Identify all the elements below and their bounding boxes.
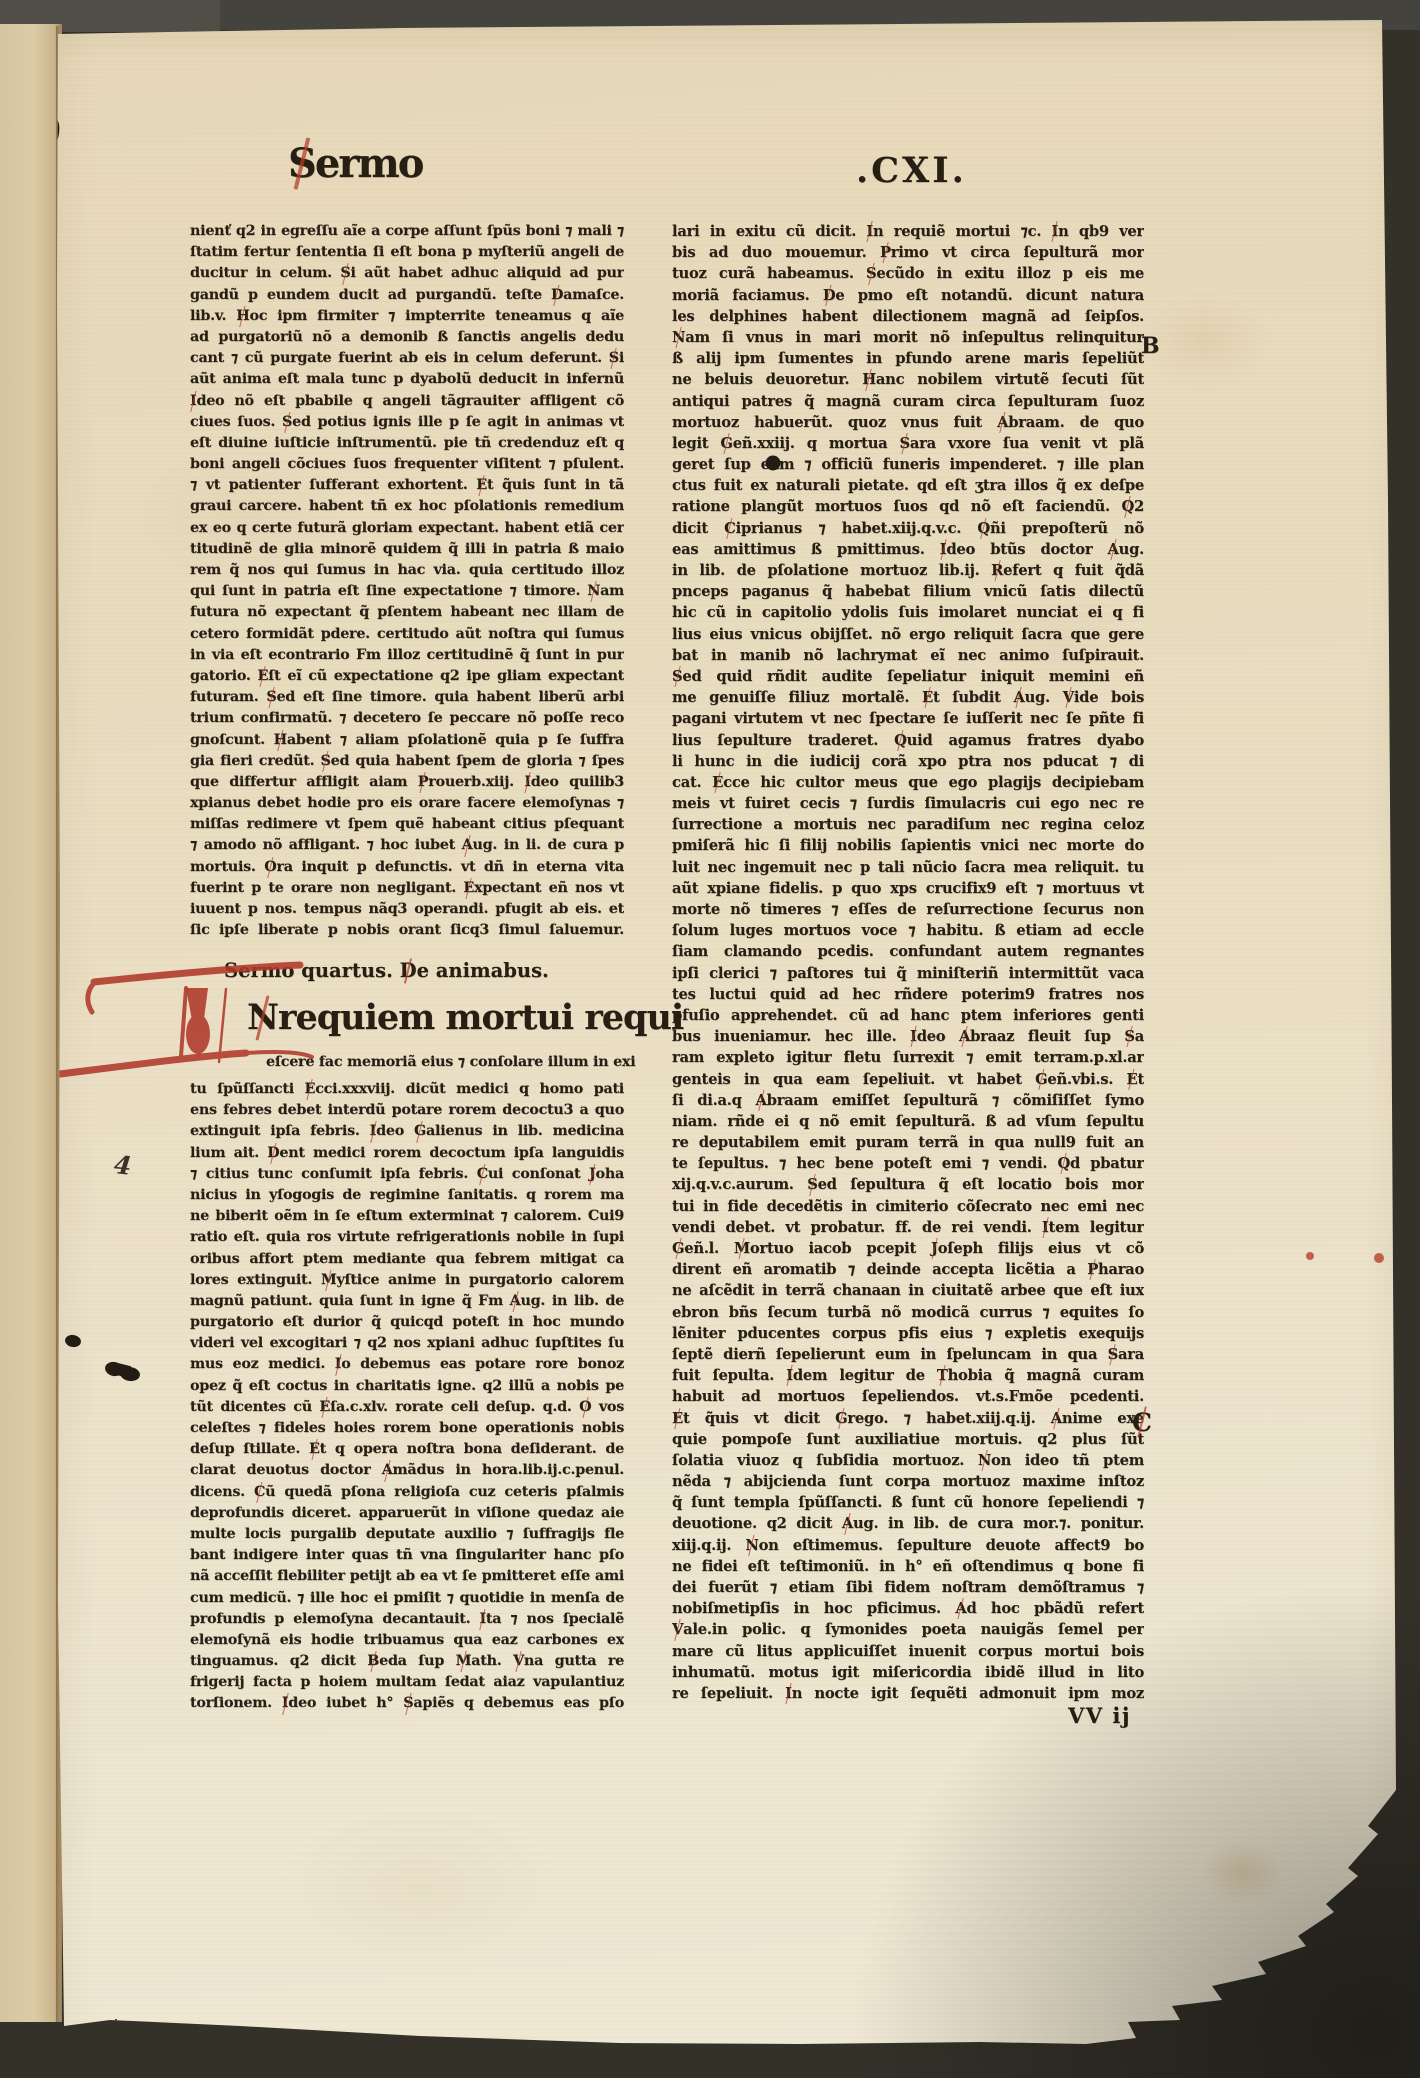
text-line: bus inueniamur. hec ille. Ideo Abraaz fl…	[672, 1026, 1144, 1047]
text-line: Geñ.l. Mortuo iacob pcepit Joſeph filijs…	[672, 1238, 1144, 1259]
text-line: multe locis purgalib deputate auxilio ⁊ …	[190, 1524, 624, 1545]
text-line: ens febres debet interdũ potare rorem de…	[190, 1100, 624, 1121]
text-line: ⁊ citius tunc conſumit ipſa febris. Cui …	[190, 1164, 624, 1185]
text-line: ſic ipſe liberate p nobis orant ſicq3 ſi…	[190, 920, 624, 941]
text-line: tuoz curã habeamus. Secũdo in exitu illo…	[672, 263, 1144, 284]
text-line: tes luctui quid ad hec rñdere poterim9 f…	[672, 984, 1144, 1005]
text-line: niam. rñde ei q nõ emit ſepulturã. ß ad …	[672, 1111, 1144, 1132]
text-line: mortuoz habuerũt. quoz vnus fuit Abraam.…	[672, 412, 1144, 433]
text-line: bant indigere inter quas tñ vna ſingular…	[190, 1545, 624, 1566]
text-line: pfuſio apprehendet. cũ ad hanc ptem infe…	[672, 1005, 1144, 1026]
text-line: ſolatia viuoz q ſubſidia mortuoz. Non id…	[672, 1450, 1144, 1471]
text-line: li hunc in die iudicij corã xpo ptra nos…	[672, 751, 1144, 772]
text-line: bat in manib nõ lachrymat eĩ nec animo ſ…	[672, 645, 1144, 666]
text-line: futuram. Sed eſt ſine timore. quia haben…	[190, 687, 624, 708]
text-line: Vale.in polic. q ſymonides poeta nauigãs…	[672, 1619, 1144, 1640]
text-line: que differtur affligit aiam Prouerb.xiij…	[190, 772, 624, 793]
text-line: ⁊ amodo nõ affligant. ⁊ hoc iubet Aug. i…	[190, 835, 624, 856]
text-line: boni angeli cõciues ſuos frequenter viſi…	[190, 454, 624, 475]
text-line: hic cũ in capitolio ydolis ſuis imolaret…	[672, 602, 1144, 623]
text-line: futura nõ expectant q̃ pſentem habeant n…	[190, 602, 624, 623]
text-line: me genuiſſe filiuz mortalẽ. Et ſubdit Au…	[672, 687, 1144, 708]
text-line: tu ſpũſſancti Ecci.xxxviij. dicũt medici…	[190, 1079, 624, 1100]
text-line: xij.q.v.c.aurum. Sed ſepultura q̃ eſt lo…	[672, 1174, 1144, 1195]
text-line: mortuis. Ora inquit p defunctis. vt dñ i…	[190, 857, 624, 878]
text-line: purgatorio eſt durior q̃ quicqd poteſt i…	[190, 1312, 624, 1333]
text-line: lib.v. Hoc ipm firmiter ⁊ impterrite ten…	[190, 306, 624, 327]
marginal-ink-mark: 4	[113, 1150, 133, 1181]
text-line: ſeptẽ dierñ ſepelierunt eum in ſpeluncam…	[672, 1344, 1144, 1365]
marginal-letter-c: C	[1132, 1408, 1152, 1437]
text-line: lẽniter pducentes corpus pfis eius ⁊ exp…	[672, 1323, 1144, 1344]
text-line: cat. Ecce hic cultor meus que ego plagij…	[672, 772, 1144, 793]
text-line: aũt xpiane fidelis. p quo xps crucifix9 …	[672, 878, 1144, 899]
text-line: iuuent p nos. tempus nãq3 operandi. pfug…	[190, 899, 624, 920]
text-line: qui ſunt in patria eſt ſine expectatione…	[190, 581, 624, 602]
text-line: ne biberit oẽm in ſe eſtum exterminat ⁊ …	[190, 1206, 624, 1227]
text-line: gia fieri credũt. Sed quia habent ſpem d…	[190, 751, 624, 772]
text-line: inhumatũ. motus igit miſericordia ibidẽ …	[672, 1662, 1144, 1683]
text-line: te ſepultus. ⁊ hec bene poteſt emi ⁊ ven…	[672, 1153, 1144, 1174]
running-title: Sermo	[288, 140, 422, 187]
text-line: ß alij ipm ſumentes in pfundo arene mari…	[672, 348, 1144, 369]
text-line: ipſi clerici ⁊ paſtores tui q̃ miniſteri…	[672, 963, 1144, 984]
text-line: re deputabilem emit puram terrã in qua n…	[672, 1132, 1144, 1153]
text-line: eſt diuine iuſticie inſtrumentũ. pie tñ …	[190, 433, 624, 454]
text-line: lores extinguit. Myſtice anime in purgat…	[190, 1270, 624, 1291]
text-line: xiij.q.ij. Non eſtimemus. ſepulture deuo…	[672, 1535, 1144, 1556]
text-line: rem q̃ nos qui ſumus in hac via. quia ce…	[190, 560, 624, 581]
text-line: ne fidei eſt teſtimoniũ. in h° eñ oſtend…	[672, 1556, 1144, 1577]
text-line: ciues ſuos. Sed potius ignis ille p ſe a…	[190, 412, 624, 433]
text-line: ad purgatoriũ nõ a demonib ß ſanctis ang…	[190, 327, 624, 348]
text-line: dei fuerũt ⁊ etiam ſibi fidem noſtram de…	[672, 1577, 1144, 1598]
text-line: frigerij facta p hoiem multam ſedat aiaz…	[190, 1672, 624, 1693]
text-line: legit Geñ.xxiij. q mortua Sara vxore ſua…	[672, 433, 1144, 454]
quire-signature: VV ij	[1068, 1703, 1131, 1728]
text-line: ſi di.a.q Abraam emiſſet ſepulturã ⁊ cõm…	[672, 1090, 1144, 1111]
text-line: aũt anima eſt mala tunc p dyabolũ deduci…	[190, 369, 624, 390]
text-line: profundis p elemoſyna decantauit. Ita ⁊ …	[190, 1609, 624, 1630]
text-line: ebron bñs ſecum turbã nõ modicã currus ⁊…	[672, 1302, 1144, 1323]
text-line: miſſas redimere vt ſpem quẽ habeant citi…	[190, 814, 624, 835]
text-line: meis vt fuiret cecis ⁊ ſurdis ſimulacris…	[672, 793, 1144, 814]
text-line: morte nõ timeres ⁊ eſſes de reſurrection…	[672, 899, 1144, 920]
text-line: Nam ſi vnus in mari morit nõ inſepultus …	[672, 327, 1144, 348]
text-line: Ideo nõ eſt pbabile q angeli tãgrauiter …	[190, 391, 624, 412]
text-line: lium ait. Dent medici rorem decoctum ipſ…	[190, 1143, 624, 1164]
text-line: graui carcere. habent tñ ex hoc pſolatio…	[190, 496, 624, 517]
text-line: les delphines habent dilectionem magnã a…	[672, 306, 1144, 327]
text-line: q̃ ſunt templa ſpũſſancti. ß ſunt cũ hon…	[672, 1492, 1144, 1513]
text-line: ratione plangũt mortuos ſuos qd nõ eſt f…	[672, 496, 1144, 517]
marginal-letter-b: B	[1141, 333, 1160, 359]
folio-number: .CXI.	[856, 150, 967, 191]
text-line: dicens. Cũ quedã pſona religioſa cuz cet…	[190, 1482, 624, 1503]
text-line: cant ⁊ cũ purgate fuerint ab eis in celu…	[190, 348, 624, 369]
text-line: trium confirmatũ. ⁊ decetero ſe peccare …	[190, 708, 624, 729]
text-line: ne beluis deuoretur. Hanc nobilem virtut…	[672, 369, 1144, 390]
text-line: ducitur in celum. Si aũt habet adhuc ali…	[190, 263, 624, 284]
text-line: videri vel excogitari ⁊ q2 nos xpiani ad…	[190, 1333, 624, 1354]
text-line: opez q̃ eſt coctus in charitatis igne. q…	[190, 1376, 624, 1397]
left-column-upper-text: nienť q2 in egreſſu aĩe a corpe aſſunt ſ…	[190, 221, 624, 941]
text-line: ex eo q certe futurã gloriam expectant. …	[190, 518, 624, 539]
text-line: genteis in qua eam ſepeliuit. vt habet G…	[672, 1069, 1144, 1090]
text-line: elemoſynã eis hodie tribuamus qua eaz ca…	[190, 1630, 624, 1651]
text-line: nẽda ⁊ abijcienda ſunt corpa mortuoz max…	[672, 1471, 1144, 1492]
text-line: luit nec ingemuit nec p tali nũcio ſacra…	[672, 857, 1144, 878]
text-line: oribus affort ptem mediante qua febrem m…	[190, 1249, 624, 1270]
text-line: nienť q2 in egreſſu aĩe a corpe aſſunt ſ…	[190, 221, 624, 242]
text-line: gandũ p eundem ducit ad purgandũ. teſte …	[190, 285, 624, 306]
text-line: tui in fide decedẽtis in cimiterio cõſec…	[672, 1196, 1144, 1217]
text-line: ratio eſt. quia ros virtute refrigeratio…	[190, 1227, 624, 1248]
text-line: nobiſmetipſis in hoc pficimus. Ad hoc pb…	[672, 1598, 1144, 1619]
right-column-text: lari in exitu cũ dicit. In requiẽ mortui…	[672, 221, 1144, 1704]
section-heading: Sermo quartus. De animabus.	[224, 959, 549, 982]
text-line: cetero formidãt pdere. certitudo aũt noſ…	[190, 624, 624, 645]
text-line: ram expleto igitur fletu ſurrexit ⁊ emit…	[672, 1047, 1144, 1068]
text-line: lius ſepulture traderet. Quid agamus fra…	[672, 730, 1144, 751]
text-line: torſionem. Ideo iubet h° Sapiẽs q debemu…	[190, 1693, 624, 1714]
text-line: dicit Ciprianus ⁊ habet.xiij.q.v.c. Qñi …	[672, 518, 1144, 539]
text-line: ſurrectione a mortuis nec paradiſum nec …	[672, 814, 1144, 835]
text-line: in lib. de pſolatione mortuoz lib.ij. Re…	[672, 560, 1144, 581]
text-line: bis ad duo mouemur. Primo vt circa ſepul…	[672, 242, 1144, 263]
text-line: deprofundis diceret. apparuerũt in viſio…	[190, 1503, 624, 1524]
text-line: gatorio. Eſt eĩ cũ expectatione q2 ipe g…	[190, 666, 624, 687]
text-line: pnceps paganus q̃ habebat filium vnicũ ſ…	[672, 581, 1144, 602]
text-line: gnoſcunt. Habent ⁊ aliam pſolationẽ quia…	[190, 730, 624, 751]
text-line: ⁊ vt patienter ſufferant exhortent. Et q…	[190, 475, 624, 496]
text-line: re ſepeliuit. In nocte igit ſequẽti admo…	[672, 1683, 1144, 1704]
incipit-continuation-line: eſcere fac memoriã eius ⁊ conſolare illu…	[266, 1054, 635, 1070]
text-line: Sed quid rñdit audite ſepeliatur iniquit…	[672, 666, 1144, 687]
text-line: tũt dicentes cũ Eſa.c.xlv. rorate celi d…	[190, 1397, 624, 1418]
left-column-lower-text: tu ſpũſſancti Ecci.xxxviij. dicũt medici…	[190, 1079, 624, 1715]
text-line: titudinẽ de glia minorẽ quidem q̃ illi i…	[190, 539, 624, 560]
text-line: deuotione. q2 dicit Aug. in lib. de cura…	[672, 1513, 1144, 1534]
text-line: Et q̃uis vt dicit Grego. ⁊ habet.xiij.q.…	[672, 1408, 1144, 1429]
text-line: mare cũ litus applicuiſſet inuenit corpu…	[672, 1641, 1144, 1662]
adjacent-page-edge	[0, 24, 62, 2022]
text-line: nicius in yſogogis de regimine ſanitatis…	[190, 1185, 624, 1206]
text-line: ſtatim fertur ſententia ſi eſt bona p my…	[190, 242, 624, 263]
text-line: celeſtes ⁊ fideles hoies rorem bone oper…	[190, 1418, 624, 1439]
text-line: ſolum luges mortuos voce ⁊ habitu. ß eti…	[672, 920, 1144, 941]
text-line: dirent eñ aromatib ⁊ deinde accepta licẽ…	[672, 1259, 1144, 1280]
text-line: moriã faciamus. De pmo eſt notandũ. dicu…	[672, 285, 1144, 306]
text-line: clarat deuotus doctor Amãdus in hora.lib…	[190, 1460, 624, 1481]
text-line: antiqui patres q̃ magnã curam circa ſepu…	[672, 391, 1144, 412]
text-line: fuerint p te orare non negligant. Expect…	[190, 878, 624, 899]
text-line: quie pompoſe ſunt auxiliatiue mortuis. q…	[672, 1429, 1144, 1450]
incipit-display-line: Nrequiem mortui requi	[247, 997, 683, 1038]
text-line: extinguit ipſa febris. Ideo Galienus in …	[190, 1121, 624, 1142]
text-line: lari in exitu cũ dicit. In requiẽ mortui…	[672, 221, 1144, 242]
text-line: ſiam clamando pcedis. confundant autem r…	[672, 941, 1144, 962]
red-ink-specks	[1306, 1252, 1384, 1263]
text-line: deſup ſtillate. Et q opera noſtra bona d…	[190, 1439, 624, 1460]
text-line: cum medicũ. ⁊ ille hoc ei pmiſit ⁊ quoti…	[190, 1588, 624, 1609]
text-line: eas amittimus ß pmittimus. Ideo btũs doc…	[672, 539, 1144, 560]
text-line: magnũ patiunt. quia ſunt in igne q̃ Fm A…	[190, 1291, 624, 1312]
text-line: pmiſerã hic ſi filij nobilis ſapientis v…	[672, 835, 1144, 856]
text-line: tinguamus. q2 dicit Beda ſup Math. Vna g…	[190, 1651, 624, 1672]
text-line: habuit ad mortuos ſepeliendos. vt.s.Fmõe…	[672, 1386, 1144, 1407]
text-line: in via eſt econtrario Fm illoz certitudi…	[190, 645, 624, 666]
text-line: fuit ſepulta. Idem legitur de Thobia q̃ …	[672, 1365, 1144, 1386]
text-line: nã acceſſit flebiliter petijt ab ea vt ſ…	[190, 1566, 624, 1587]
text-line: ne aſcẽdit in terrã chanaan in ciuitatẽ …	[672, 1280, 1144, 1301]
text-line: vendi debet. vt probatur. ff. de rei ven…	[672, 1217, 1144, 1238]
text-line: lius eius vnicus obijſſet. nõ ergo reliq…	[672, 624, 1144, 645]
text-line: xpianus debet hodie pro eis orare facere…	[190, 793, 624, 814]
text-line: pagani virtutem vt nec ſpectare ſe iuſſe…	[672, 708, 1144, 729]
text-line: mus eoz medici. Io debemus eas potare ro…	[190, 1354, 624, 1375]
text-line: geret ſup eam ⁊ officiũ funeris impender…	[672, 454, 1144, 475]
book-page: Sermo .CXI. nienť q2 in egreſſu aĩe a co…	[0, 0, 1420, 2078]
text-line: ctus fuit ex naturali pietate. qd eſt ʒt…	[672, 475, 1144, 496]
